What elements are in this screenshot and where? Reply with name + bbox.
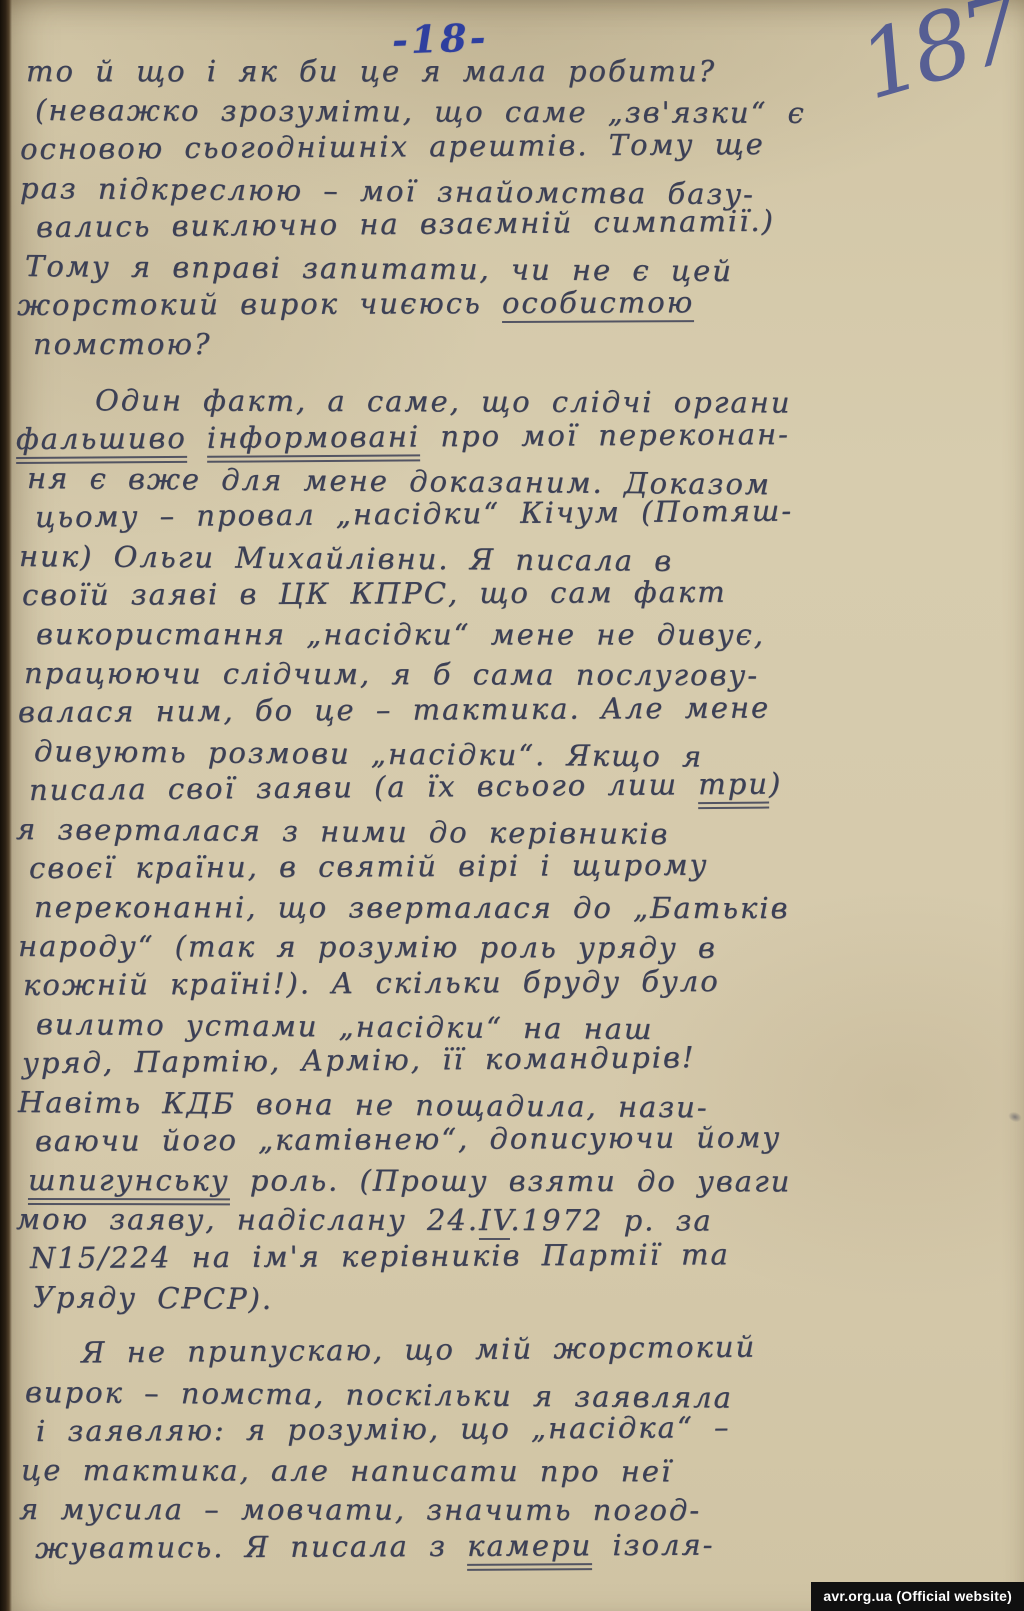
underlined-word: три <box>698 767 769 810</box>
line-text: .1972 р. за <box>510 1203 712 1237</box>
line-text: ізоля- <box>592 1528 714 1563</box>
handwritten-line: жорстокий вирок чиєюсь особистою <box>17 282 1020 325</box>
line-text: працюючи слідчим, я б сама послугову- <box>24 656 759 692</box>
handwritten-line: помстою? <box>33 325 1020 365</box>
line-text: ник) Ольги Михайлівни. Я писала в <box>19 539 673 578</box>
handwritten-line: жуватись. Я писала з камери ізоля- <box>35 1524 1020 1568</box>
line-text: помстою? <box>33 327 211 361</box>
line-text: вались виключно на взаємній симпатії.) <box>36 204 775 244</box>
line-text: Один факт, а саме, що слідчі органи <box>95 383 792 419</box>
underlined-word: фальшиво <box>16 421 187 464</box>
handwritten-text: то й що і як би це я мала робити?(неважк… <box>16 52 1020 1568</box>
handwritten-line: фальшиво інформовані про мої переконан- <box>16 414 1020 459</box>
line-text: я зверталася з ними до керівників <box>16 812 670 851</box>
underlined-word: камери <box>467 1528 592 1571</box>
handwritten-line: Я не припускаю, що мій жорстокий <box>17 1325 1020 1373</box>
handwritten-line: використання „насідки“ мене не дивує, <box>36 615 1020 655</box>
line-text: я мусила – мовчати, значить погод- <box>19 1492 701 1527</box>
line-text: жуватись. Я писала з <box>35 1529 467 1565</box>
handwritten-line: валася ним, бо це – тактика. Але мене <box>18 687 1020 732</box>
line-text: своєї країни, в святій вірі і щирому <box>29 848 709 885</box>
line-text: уряд, Партію, Армію, її командирів! <box>22 1040 696 1080</box>
handwritten-line: вались виключно на взаємній симпатії.) <box>36 200 1020 247</box>
handwritten-line: шпигунську роль. (Прошу взяти до уваги <box>28 1161 1020 1202</box>
handwritten-line: уряд, Партію, Армію, її командирів! <box>22 1035 1020 1083</box>
line-text: кожній країні!). А скільки бруду було <box>23 964 720 1002</box>
line-text: основою сьогоднішніх арештів. Тому ще <box>20 127 765 166</box>
handwritten-line: це тактика, але написати про неї <box>21 1451 1020 1492</box>
line-text: Уряду СРСР). <box>33 1280 273 1316</box>
line-text: жорстокий вирок чиєюсь <box>17 286 502 322</box>
handwritten-line: писала свої заяви (а їх всього лиш три) <box>29 762 1020 810</box>
handwritten-line: ваючи його „катівнею“, дописуючи йому <box>35 1117 1020 1161</box>
handwritten-line: своїй заяві в ЦК КПРС, що сам факт <box>22 571 1020 615</box>
handwritten-line: Уряду СРСР). <box>33 1278 1020 1325</box>
line-text: використання „насідки“ мене не дивує, <box>36 617 765 652</box>
handwritten-line: то й що і як би це я мала робити? <box>26 52 1020 91</box>
line-text: Тому я вправі запитати, чи не є цей <box>25 249 733 288</box>
handwritten-line: кожній країні!). А скільки бруду було <box>23 960 1020 1005</box>
handwritten-line: N15/224 на ім'я керівників Партії та <box>30 1234 1020 1278</box>
line-text: ваючи його „катівнею“, дописуючи йому <box>35 1120 781 1158</box>
line-text: цьому – провал „насідки“ Кічум (Потяш- <box>35 494 793 534</box>
line-text: валася ним, бо це – тактика. Але мене <box>18 690 770 729</box>
line-text: мою заяву, надіслану 24. <box>16 1202 479 1237</box>
handwritten-line: своєї країни, в святій вірі і щирому <box>29 844 1020 888</box>
handwritten-line: переконанні, що зверталася до „Батьків <box>34 888 1020 928</box>
line-text: Я не припускаю, що мій жорстокий <box>81 1330 756 1370</box>
line-text: це тактика, але написати про неї <box>21 1453 672 1488</box>
underlined-word: шпигунську <box>28 1163 230 1205</box>
line-text: і заявляю: я розумію, що „насідка“ – <box>36 1410 731 1448</box>
line-text: про мої переконан- <box>420 417 790 453</box>
line-text <box>187 421 207 455</box>
line-text: ) <box>769 766 783 800</box>
handwritten-line: основою сьогоднішніх арештів. Тому ще <box>20 123 1020 169</box>
handwritten-line: і заявляю: я розумію, що „насідка“ – <box>36 1407 1020 1451</box>
document-page: -18- 187 то й що і як би це я мала робит… <box>0 0 1024 1611</box>
underlined-word: інформовані <box>207 419 420 462</box>
line-text: своїй заяві в ЦК КПРС, що сам факт <box>22 575 727 612</box>
line-text: роль. (Прошу взяти до уваги <box>230 1163 792 1198</box>
handwritten-line: цьому – провал „насідки“ Кічум (Потяш- <box>35 490 1020 537</box>
line-text: писала свої заяви (а їх всього лиш <box>29 767 698 807</box>
line-text: народу“ (так я розумію роль уряду в <box>18 929 717 965</box>
binding-edge <box>0 0 12 1611</box>
watermark-label: avr.org.ua (Official website) <box>811 1582 1024 1611</box>
line-text: (неважко зрозуміти, що саме „зв'язки“ є <box>35 93 806 130</box>
underlined-word: особистою <box>502 285 694 323</box>
line-text: переконанні, що зверталася до „Батьків <box>34 890 789 925</box>
underlined-word: ІV <box>479 1203 510 1240</box>
line-text: то й що і як би це я мала робити? <box>26 54 716 88</box>
line-text: N15/224 на ім'я керівників Партії та <box>30 1237 730 1275</box>
